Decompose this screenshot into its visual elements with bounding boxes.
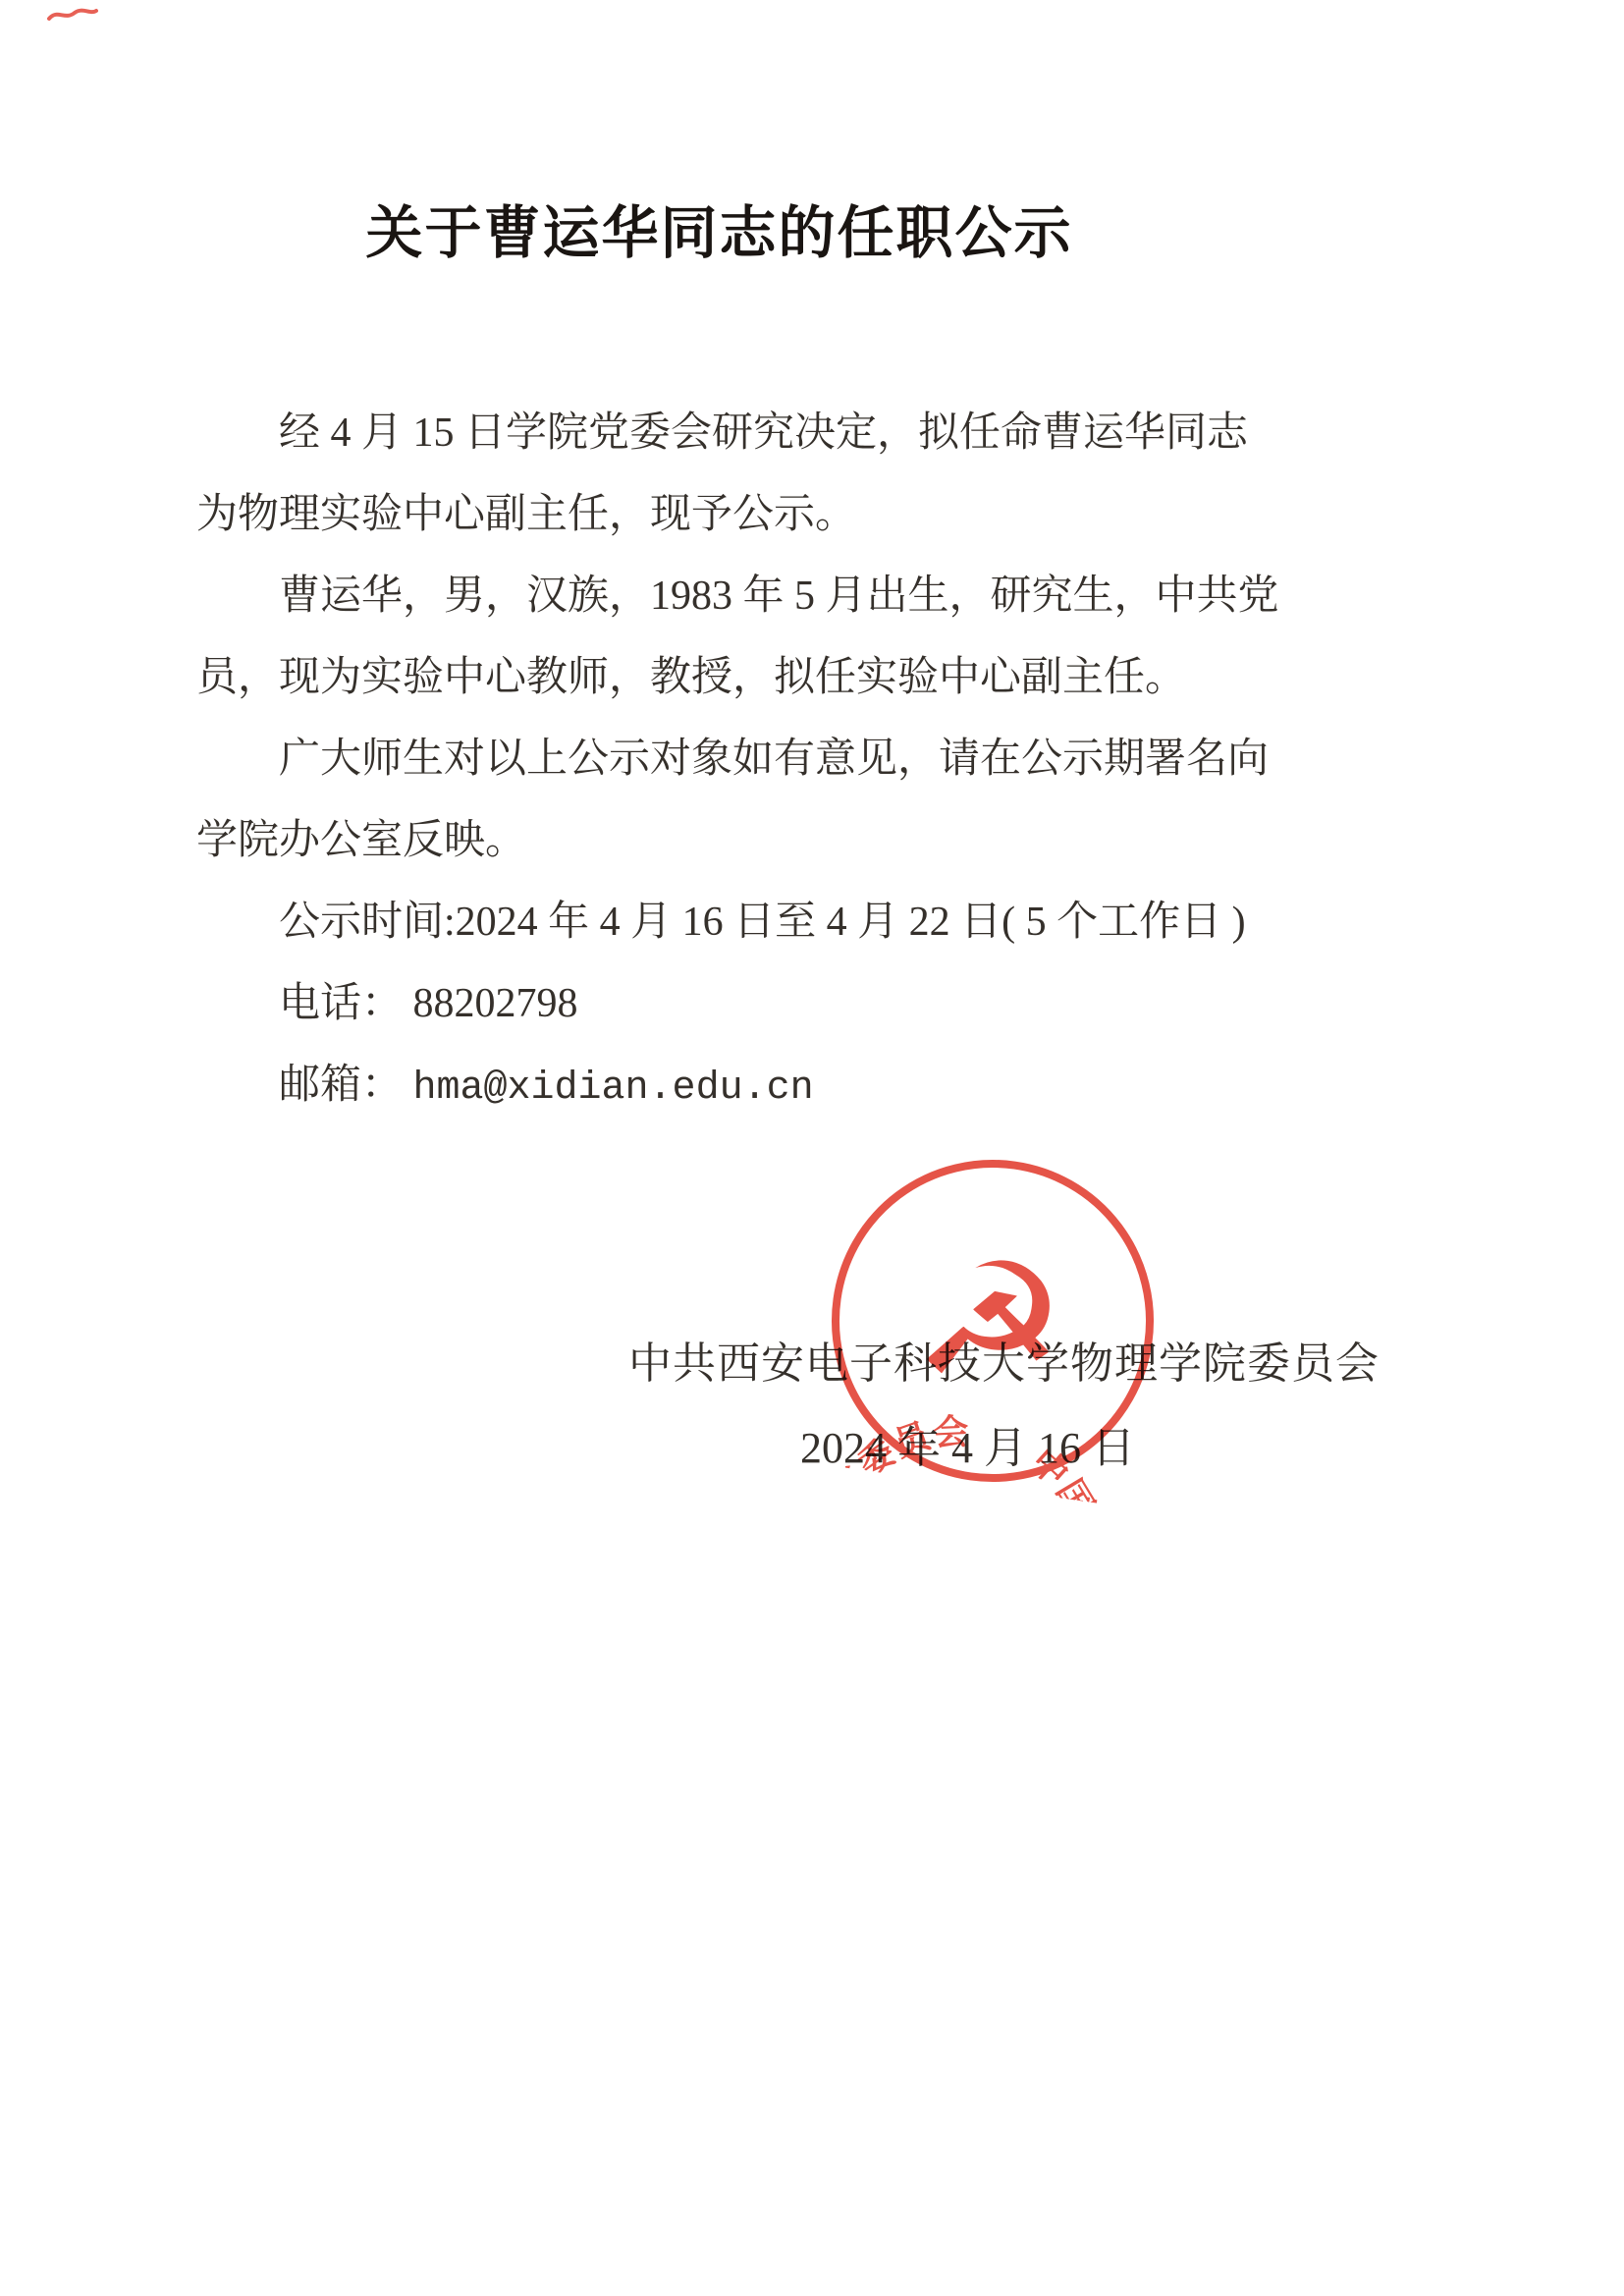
signature-committee: 中共西安电子科技大学物理学院委员会 (628, 1328, 1380, 1391)
document-page: 关于曹运华同志的任职公示 经 4 月 15 日学院党委会研究决定，拟任命曹运华同… (0, 0, 1624, 2296)
scan-artifact (47, 5, 98, 27)
body-line: 学院办公室反映。 (196, 800, 1267, 882)
email-value: hma@xidian.edu.cn (413, 1066, 814, 1111)
body-line: 广大师生对以上公示对象如有意见，请在公示期署名向 (196, 719, 1267, 800)
hammer-sickle-icon: ☭ (906, 1217, 1079, 1428)
body-line-phone: 电话： 88202798 (196, 963, 1267, 1045)
body-line: 公示时间:2024 年 4 月 16 日至 4 月 22 日( 5 个工作日 ) (196, 882, 1267, 963)
body-line: 经 4 月 15 日学院党委会研究决定，拟任命曹运华同志 (196, 393, 1267, 474)
document-body: 经 4 月 15 日学院党委会研究决定，拟任命曹运华同志 为物理实验中心副主任，… (196, 393, 1267, 1129)
email-label: 邮箱： (279, 1063, 413, 1108)
document-title: 关于曹运华同志的任职公示 (196, 187, 1242, 269)
body-line: 曹运华，男，汉族，1983 年 5 月出生，研究生，中共党 (196, 556, 1267, 637)
signature-date: 2024 年 4 月 16 日 (800, 1412, 1135, 1475)
body-line: 员，现为实验中心教师，教授，拟任实验中心副主任。 (196, 637, 1267, 719)
body-line: 为物理实验中心副主任，现予公示。 (196, 474, 1267, 556)
body-line-email: 邮箱： hma@xidian.edu.cn (196, 1045, 1267, 1129)
